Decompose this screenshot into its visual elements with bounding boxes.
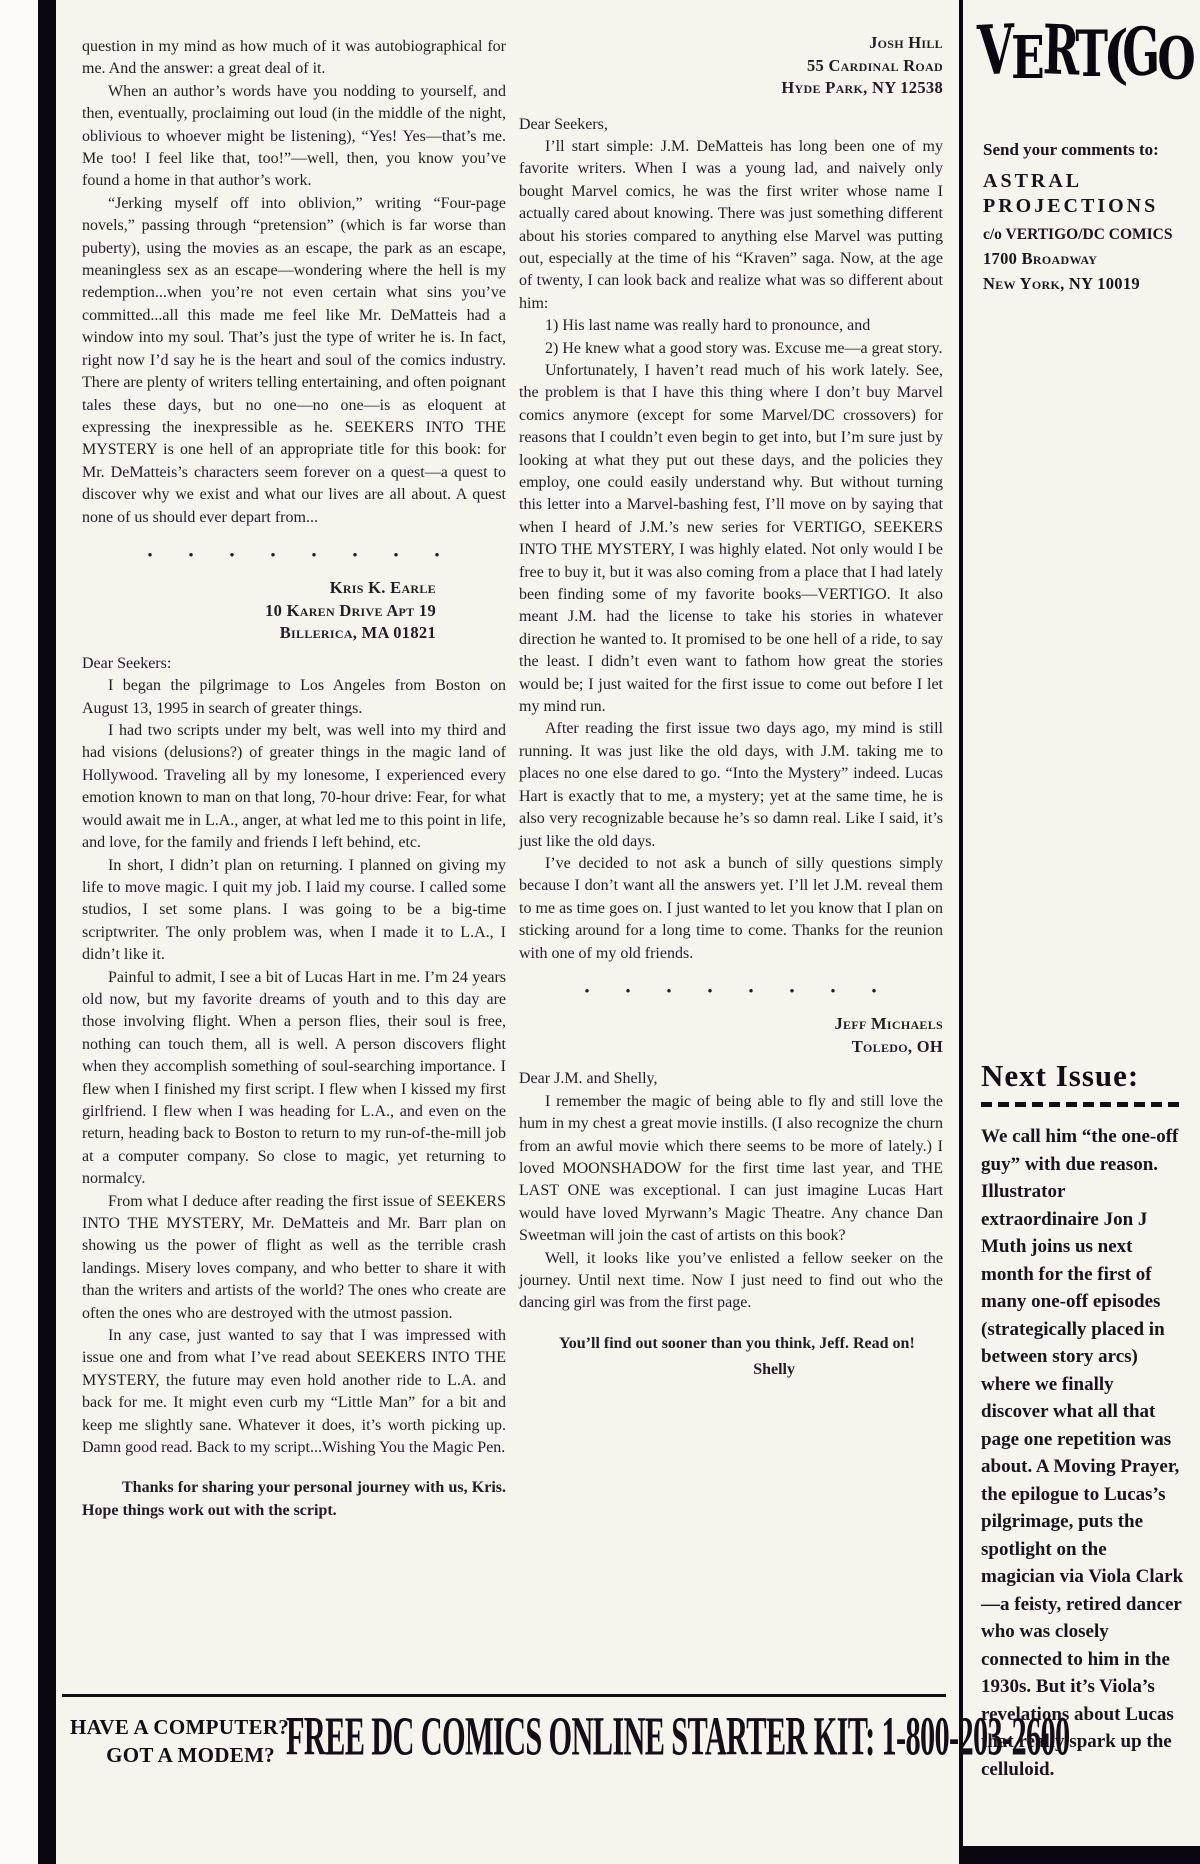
vertigo-logo-letter: V [976,0,1013,120]
sender-address: Josh Hill 55 Cardinal Road Hyde Park, NY… [519,32,943,100]
letter-paragraph: Painful to admit, I see a bit of Lucas H… [82,967,506,1191]
page-left-margin [0,0,38,1864]
letter-paragraph: I remember the magic of being able to fl… [519,1091,943,1248]
sender-address-line: 10 Karen Drive Apt 19 [82,600,436,623]
letter-paragraph: When an author’s words have you nodding … [82,81,506,193]
sender-address-line: Billerica, MA 01821 [82,622,436,645]
publisher-address-line: c/o VERTIGO/DC COMICS [983,226,1188,244]
sidebar-bottom-bar [959,1846,1200,1864]
middle-column: Josh Hill 55 Cardinal Road Hyde Park, NY… [519,32,943,1382]
next-issue-text: We call him “the one-off guy” with due r… [981,1123,1185,1783]
publisher-address-line: 1700 Broadway [983,249,1188,269]
column-title-line: ASTRAL [983,170,1188,193]
salutation: Dear J.M. and Shelly, [519,1068,943,1090]
letter-paragraph: “Jerking myself off into oblivion,” writ… [82,193,506,529]
sender-address: Jeff Michaels Toledo, OH [519,1013,943,1058]
section-separator-dots: • • • • • • • • [82,545,506,567]
vertigo-logo-letter: E [1011,1,1042,117]
sender-address-line: Toledo, OH [519,1036,943,1059]
banner-question-line: HAVE A COMPUTER? [70,1713,275,1741]
left-border-bar [38,0,56,1864]
salutation: Dear Seekers: [82,653,506,675]
sender-name: Jeff Michaels [519,1013,943,1036]
letter-paragraph: I had two scripts under my belt, was wel… [82,720,506,854]
editor-reply: Thanks for sharing your personal journey… [82,1477,506,1522]
banner-offer-text: FREE DC COMICS ONLINE STARTER KIT: 1-800… [286,1704,1070,1768]
comments-intro: Send your comments to: [983,140,1188,160]
letter-paragraph: In any case, just wanted to say that I w… [82,1325,506,1459]
banner-question: HAVE A COMPUTER? GOT A MODEM? [70,1713,275,1769]
sidebar-divider-rule [959,0,963,1864]
vertigo-logo: VERT(GO [980,28,1185,120]
column-title-line: PROJECTIONS [983,195,1188,218]
dashed-rule [981,1102,1185,1107]
vertigo-logo-letter: T [1075,0,1105,118]
editor-signature: Shelly [519,1359,943,1381]
letter-paragraph: Unfortunately, I haven’t read much of hi… [519,360,943,719]
numbered-point: 1) His last name was really hard to pron… [519,315,943,337]
sender-name: Josh Hill [519,32,943,55]
letter-paragraph: From what I deduce after reading the fir… [82,1191,506,1325]
numbered-point: 2) He knew what a good story was. Excuse… [519,338,943,360]
letters-page: question in my mind as how much of it wa… [0,0,1200,1864]
sender-address: Kris K. Earle 10 Karen Drive Apt 19 Bill… [82,577,506,645]
sender-address-line: 55 Cardinal Road [519,55,943,78]
sender-address-line: Hyde Park, NY 12538 [519,77,943,100]
editor-reply: You’ll find out sooner than you think, J… [519,1333,943,1355]
vertigo-logo-letter: R [1041,0,1077,119]
next-issue-heading: Next Issue: [981,1058,1185,1094]
next-issue-block: Next Issue: We call him “the one-off guy… [981,1058,1185,1783]
banner-rule [62,1694,946,1697]
vertigo-logo-letter: O [1157,3,1192,117]
letter-paragraph: I began the pilgrimage to Los Angeles fr… [82,675,506,720]
vertigo-logo-letter: G [1121,0,1157,119]
salutation: Dear Seekers, [519,114,943,136]
section-separator-dots: • • • • • • • • [519,981,943,1003]
banner-question-line: GOT A MODEM? [70,1741,275,1769]
letter-paragraph: I’ll start simple: J.M. DeMatteis has lo… [519,136,943,315]
letter-paragraph: In short, I didn’t plan on returning. I … [82,855,506,967]
letter-paragraph: After reading the first issue two days a… [519,718,943,852]
letter-paragraph: question in my mind as how much of it wa… [82,36,506,81]
left-column: question in my mind as how much of it wa… [82,36,506,1522]
sender-name: Kris K. Earle [82,577,436,600]
comments-address-block: Send your comments to: ASTRAL PROJECTION… [983,140,1188,294]
publisher-address-line: New York, NY 10019 [983,274,1188,294]
letter-paragraph: Well, it looks like you’ve enlisted a fe… [519,1248,943,1315]
letter-paragraph: I’ve decided to not ask a bunch of silly… [519,853,943,965]
